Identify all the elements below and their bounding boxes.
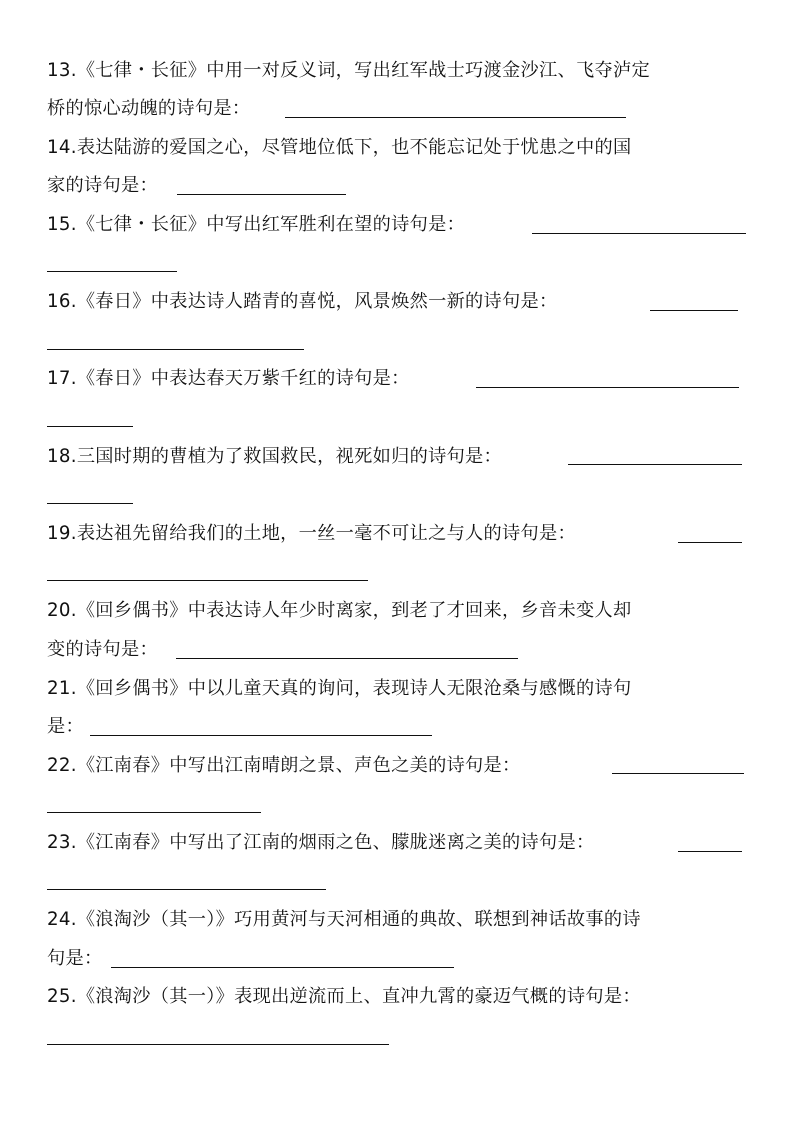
question-14-line-2: 家的诗句是：: [47, 174, 158, 198]
question-18-line-1: 18.三国时期的曹植为了救国救民，视死如归的诗句是：: [47, 445, 502, 469]
answer-blank-16a[interactable]: [650, 310, 738, 311]
question-24-line-2: 句是：: [47, 947, 102, 971]
answer-blank-22b[interactable]: [47, 812, 261, 813]
question-25-line-1: 25.《浪淘沙（其一）》表现出逆流而上、直冲九霄的豪迈气概的诗句是：: [47, 985, 641, 1009]
question-17-line-1: 17.《春日》中表达春天万紫千红的诗句是：: [47, 367, 410, 391]
answer-blank-19a[interactable]: [678, 542, 742, 543]
answer-blank-17a[interactable]: [476, 387, 739, 388]
answer-blank-19b[interactable]: [47, 580, 368, 581]
answer-blank-16b[interactable]: [47, 349, 304, 350]
answer-blank-23b[interactable]: [47, 889, 326, 890]
answer-blank-17b[interactable]: [47, 426, 133, 427]
answer-blank-14[interactable]: [177, 194, 346, 195]
question-21-line-1: 21.《回乡偶书》中以儿童天真的询问，表现诗人无限沧桑与感慨的诗句: [47, 677, 631, 701]
question-20-line-1: 20.《回乡偶书》中表达诗人年少时离家，到老了才回来，乡音未变人却: [47, 599, 631, 623]
question-21-line-2: 是：: [47, 715, 84, 739]
question-22-line-1: 22.《江南春》中写出江南晴朗之景、声色之美的诗句是：: [47, 754, 521, 778]
answer-blank-20[interactable]: [176, 658, 518, 659]
question-13-line-1: 13.《七律・长征》中用一对反义词，写出红军战士巧渡金沙江、飞夺泸定: [47, 59, 650, 83]
question-20-line-2: 变的诗句是：: [47, 638, 158, 662]
question-24-line-1: 24.《浪淘沙（其一）》巧用黄河与天河相通的典故、联想到神话故事的诗: [47, 908, 641, 932]
answer-blank-21[interactable]: [90, 735, 432, 736]
question-14-line-1: 14.表达陆游的爱国之心，尽管地位低下，也不能忘记处于忧患之中的国: [47, 136, 631, 160]
answer-blank-18a[interactable]: [568, 464, 742, 465]
answer-blank-25[interactable]: [47, 1044, 389, 1045]
question-13-line-2: 桥的惊心动魄的诗句是：: [47, 97, 250, 121]
answer-blank-15a[interactable]: [532, 233, 746, 234]
answer-blank-23a[interactable]: [678, 851, 742, 852]
question-15-line-1: 15.《七律・长征》中写出红军胜利在望的诗句是：: [47, 213, 465, 237]
answer-blank-15b[interactable]: [47, 271, 177, 272]
answer-blank-18b[interactable]: [47, 503, 133, 504]
answer-blank-22a[interactable]: [612, 773, 744, 774]
question-16-line-1: 16.《春日》中表达诗人踏青的喜悦，风景焕然一新的诗句是：: [47, 290, 558, 314]
answer-blank-13[interactable]: [285, 117, 626, 118]
question-19-line-1: 19.表达祖先留给我们的土地，一丝一毫不可让之与人的诗句是：: [47, 522, 576, 546]
question-23-line-1: 23.《江南春》中写出了江南的烟雨之色、朦胧迷离之美的诗句是：: [47, 831, 594, 855]
answer-blank-24[interactable]: [111, 967, 454, 968]
